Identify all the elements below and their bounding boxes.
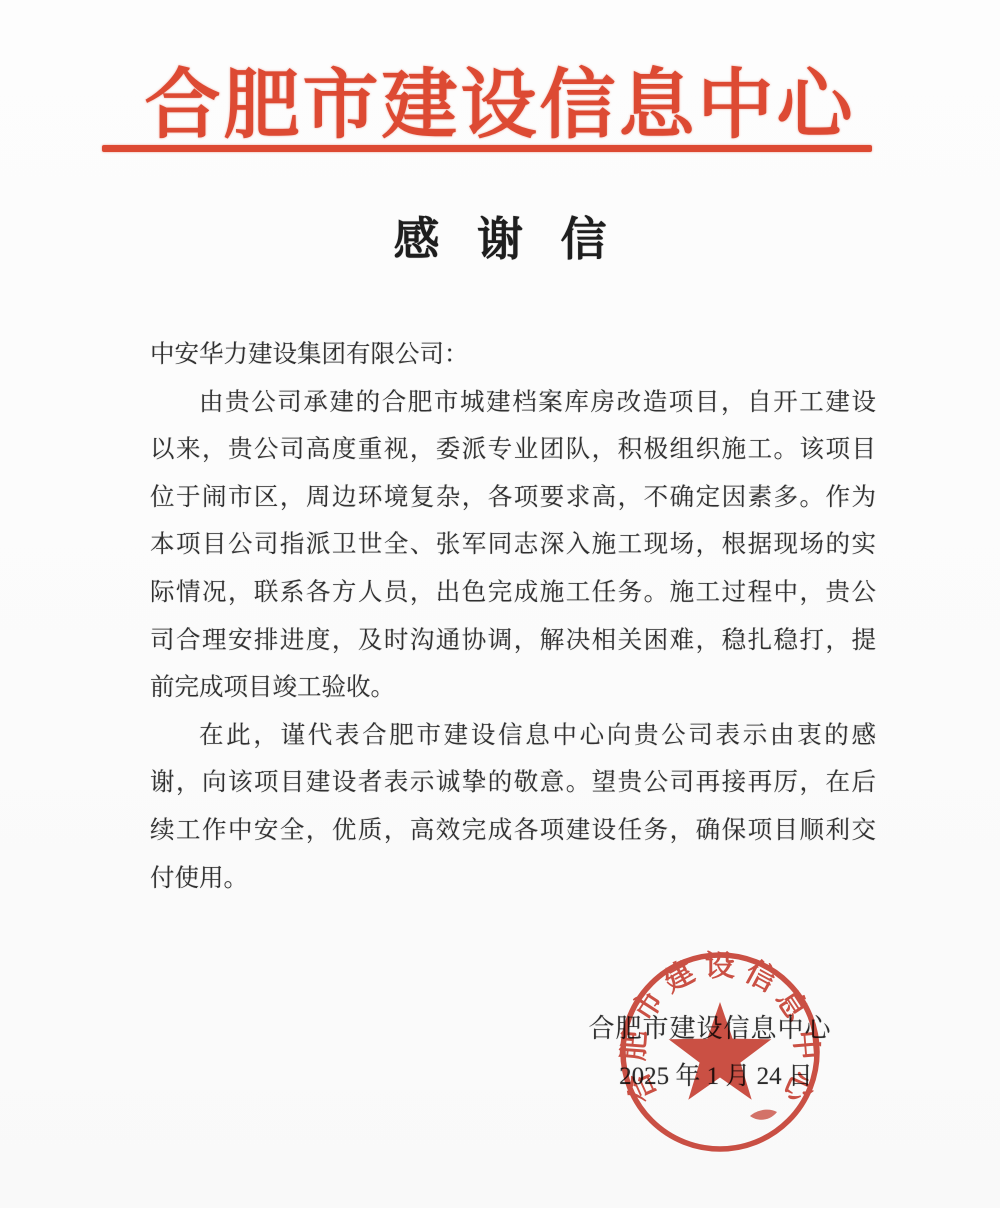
seal-star bbox=[669, 1002, 772, 1100]
salutation: 中安华力建设集团有限公司： bbox=[150, 331, 876, 379]
paragraph-line: 在此，谨代表合肥市建设信息中心向贵公司表示由衷的感 bbox=[150, 712, 876, 760]
paragraph-line: 前完成项目竣工验收。 bbox=[150, 664, 876, 712]
paragraph-line: 司合理安排进度，及时沟通协调，解决相关困难，稳扎稳打，提 bbox=[150, 617, 876, 665]
paragraph-line: 由贵公司承建的合肥市城建档案库房改造项目，自开工建设 bbox=[150, 379, 876, 427]
official-seal-icon: 合肥市建设信息中心 bbox=[614, 946, 826, 1158]
paragraph-line: 续工作中安全，优质，高效完成各项建设任务，确保项目顺利交 bbox=[150, 807, 876, 855]
paragraph-line: 本项目公司指派卫世全、张军同志深入施工现场，根据现场的实 bbox=[150, 521, 876, 569]
paragraph-line: 付使用。 bbox=[150, 855, 876, 903]
paragraph-line: 际情况，联系各方人员，出色完成施工任务。施工过程中，贵公 bbox=[150, 569, 876, 617]
letterhead-divider bbox=[102, 145, 872, 152]
paragraph-line: 位于闹市区，周边环境复杂，各项要求高，不确定因素多。作为 bbox=[150, 474, 876, 522]
seal-anticounterfeit-mark bbox=[750, 1110, 777, 1120]
paragraph-line: 谢，向该项目建设者表示诚挚的敬意。望贵公司再接再厉，在后 bbox=[150, 759, 876, 807]
paragraph-line: 以来，贵公司高度重视，委派专业团队，积极组织施工。该项目 bbox=[150, 426, 876, 474]
letter-body: 中安华力建设集团有限公司： 由贵公司承建的合肥市城建档案库房改造项目，自开工建设… bbox=[150, 331, 876, 902]
letterhead-org-name: 合肥市建设信息中心 bbox=[0, 44, 1000, 153]
letter-title: 感 谢 信 bbox=[0, 203, 1000, 269]
letter-page: 合肥市建设信息中心 感 谢 信 中安华力建设集团有限公司： 由贵公司承建的合肥市… bbox=[0, 0, 1000, 1208]
